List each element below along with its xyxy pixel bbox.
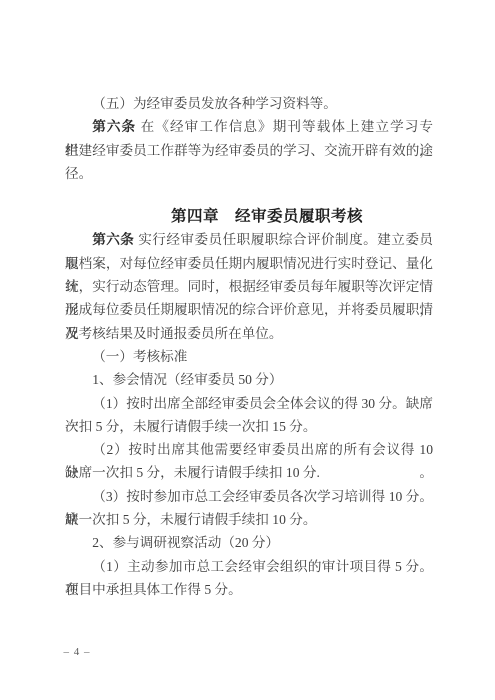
text-line: 组建经审委员工作群等为经审委员的学习、交流开辟有效的途 [65, 139, 433, 162]
text-line: 计，实行动态管理。同时，根据经审委员每年履职等次评定情况， [65, 275, 433, 298]
text-line: （五）为经审委员发放各种学习资料等。 [65, 92, 433, 115]
text-line: （3）按时参加市总工会经审委员各次学习培训得 10 分。缺 [65, 485, 433, 508]
article-number: 第六条 [92, 119, 136, 134]
document-body: （五）为经审委员发放各种学习资料等。第六条 在《经审工作信息》期刊等载体上建立学… [65, 92, 433, 601]
text-line: 及考核结果及时通报委员所在单位。 [65, 322, 433, 345]
text-line: 1、参会情况（经审委员 50 分） [65, 368, 433, 391]
text-line: （1）主动参加市总工会经审会组织的审计项目得 5 分。在 [65, 555, 433, 578]
text-line: （一）考核标准 [65, 345, 433, 368]
text-line: 2、参与调研视察活动（20 分） [65, 531, 433, 554]
article-number: 第六条 [92, 232, 134, 247]
text-line: 项目中承担具体工作得 5 分。 [65, 578, 433, 601]
text-line: 形成每位委员任期履职情况的综合评价意见，并将委员履职情况 [65, 298, 433, 321]
text-line: 径。 [65, 162, 433, 185]
text-line: （2）按时出席其他需要经审委员出席的所有会议得 10 分。 [65, 438, 433, 461]
chapter-heading: 第四章 经审委员履职考核 [83, 205, 451, 228]
text-line: （1）按时出席全部经审委员会全体会议的得 30 分。缺席一 [65, 392, 433, 415]
text-line: 次扣 5 分，未履行请假手续一次扣 15 分。 [65, 415, 433, 438]
text-line: 第六条 在《经审工作信息》期刊等载体上建立学习专栏， [65, 115, 433, 138]
text-line: 职档案，对每位经审委员任期内履职情况进行实时登记、量化统 [65, 252, 433, 275]
text-line: 席一次扣 5 分，未履行请假手续扣 10 分。 [65, 508, 433, 531]
document-page: （五）为经审委员发放各种学习资料等。第六条 在《经审工作信息》期刊等载体上建立学… [0, 0, 495, 700]
page-number: – 4 – [50, 646, 104, 658]
text-line: 第六条 实行经审委员任职履职综合评价制度。建立委员履 [65, 228, 433, 251]
